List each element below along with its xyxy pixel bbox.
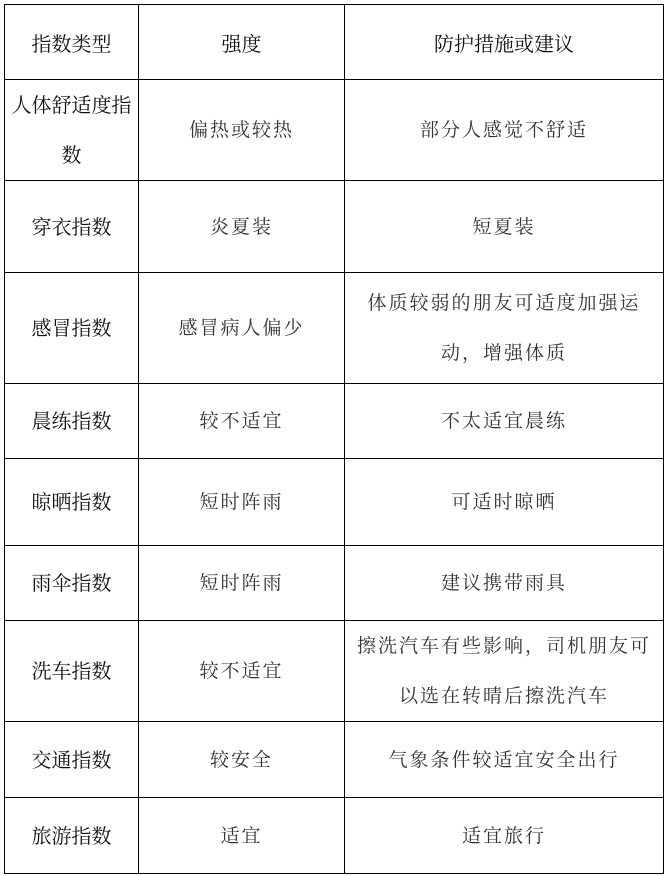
level-cell: 短时阵雨 <box>139 546 345 621</box>
index-type-cell: 晾晒指数 <box>5 459 139 546</box>
index-type-cell: 人体舒适度指数 <box>5 80 139 181</box>
index-type-cell: 晨练指数 <box>5 384 139 459</box>
table-row: 雨伞指数 短时阵雨 建议携带雨具 <box>5 546 664 621</box>
advice-cell: 部分人感觉不舒适 <box>345 80 664 181</box>
index-type-cell: 洗车指数 <box>5 621 139 722</box>
index-type-cell: 雨伞指数 <box>5 546 139 621</box>
table-row: 洗车指数 较不适宜 擦洗汽车有些影响，司机朋友可以选在转晴后擦洗汽车 <box>5 621 664 722</box>
weather-index-table: 指数类型 强度 防护措施或建议 人体舒适度指数 偏热或较热 部分人感觉不舒适 穿… <box>4 4 664 874</box>
table-row: 交通指数 较安全 气象条件较适宜安全出行 <box>5 722 664 798</box>
level-cell: 较不适宜 <box>139 621 345 722</box>
table-row: 晨练指数 较不适宜 不太适宜晨练 <box>5 384 664 459</box>
advice-cell: 短夏装 <box>345 181 664 273</box>
table-row: 晾晒指数 短时阵雨 可适时晾晒 <box>5 459 664 546</box>
advice-cell: 建议携带雨具 <box>345 546 664 621</box>
header-level: 强度 <box>139 5 345 80</box>
header-advice: 防护措施或建议 <box>345 5 664 80</box>
advice-cell: 不太适宜晨练 <box>345 384 664 459</box>
level-cell: 感冒病人偏少 <box>139 273 345 384</box>
index-type-cell: 感冒指数 <box>5 273 139 384</box>
level-cell: 较不适宜 <box>139 384 345 459</box>
advice-cell: 体质较弱的朋友可适度加强运动，增强体质 <box>345 273 664 384</box>
table-row: 旅游指数 适宜 适宜旅行 <box>5 798 664 874</box>
advice-cell: 适宜旅行 <box>345 798 664 874</box>
header-row: 指数类型 强度 防护措施或建议 <box>5 5 664 80</box>
index-type-cell: 穿衣指数 <box>5 181 139 273</box>
header-index-type: 指数类型 <box>5 5 139 80</box>
index-type-cell: 旅游指数 <box>5 798 139 874</box>
table-row: 穿衣指数 炎夏装 短夏装 <box>5 181 664 273</box>
level-cell: 偏热或较热 <box>139 80 345 181</box>
table-row: 人体舒适度指数 偏热或较热 部分人感觉不舒适 <box>5 80 664 181</box>
advice-cell: 气象条件较适宜安全出行 <box>345 722 664 798</box>
level-cell: 较安全 <box>139 722 345 798</box>
level-cell: 适宜 <box>139 798 345 874</box>
index-type-cell: 交通指数 <box>5 722 139 798</box>
level-cell: 短时阵雨 <box>139 459 345 546</box>
level-cell: 炎夏装 <box>139 181 345 273</box>
advice-cell: 可适时晾晒 <box>345 459 664 546</box>
table-row: 感冒指数 感冒病人偏少 体质较弱的朋友可适度加强运动，增强体质 <box>5 273 664 384</box>
advice-cell: 擦洗汽车有些影响，司机朋友可以选在转晴后擦洗汽车 <box>345 621 664 722</box>
